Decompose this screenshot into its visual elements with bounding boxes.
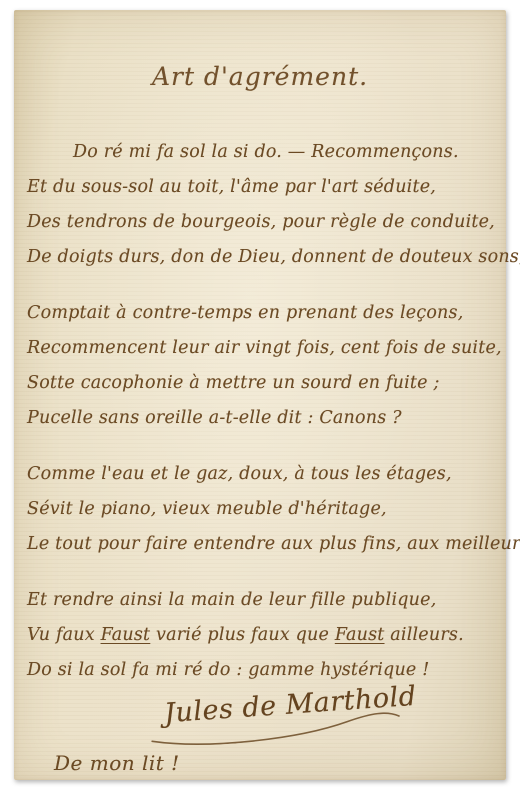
poem-line: Comme l'eau et le gaz, doux, à tous les … [27, 457, 494, 492]
poem-line: Do si la sol fa mi ré do : gamme hystéri… [27, 653, 494, 688]
signature-block: Jules de Marthold [163, 682, 405, 730]
poem-line: Recommencent leur air vingt fois, cent f… [27, 331, 494, 366]
faust-underlined-word: Faust [101, 625, 151, 645]
poem-body: Do ré mi fa sol la si do. — Recommençons… [14, 135, 506, 688]
poem-stanza-2: Comptait à contre-temps en prenant des l… [27, 296, 494, 436]
poem-line: Sévit le piano, vieux meuble d'héritage, [27, 492, 494, 527]
postscript-note: De mon lit ! [54, 751, 506, 775]
poem-line: De doigts durs, don de Dieu, donnent de … [27, 240, 494, 275]
manuscript-paper: Art d'agrément. Do ré mi fa sol la si do… [14, 10, 506, 780]
scan-background: Art d'agrément. Do ré mi fa sol la si do… [0, 0, 520, 790]
poem-stanza-1: Do ré mi fa sol la si do. — Recommençons… [27, 135, 494, 275]
poem-line: Et du sous-sol au toit, l'âme par l'art … [27, 170, 494, 205]
faust-line-middle: varié plus faux que [150, 625, 335, 645]
poem-line: Sotte cacophonie à mettre un sourd en fu… [27, 366, 494, 401]
poem-title: Art d'agrément. [14, 10, 506, 91]
poem-line: Et rendre ainsi la main de leur fille pu… [27, 583, 494, 618]
poem-line: Comptait à contre-temps en prenant des l… [27, 296, 494, 331]
faust-underlined-word: Faust [335, 625, 385, 645]
faust-line-suffix: ailleurs. [385, 625, 464, 645]
poem-line: Do ré mi fa sol la si do. — Recommençons… [27, 135, 494, 170]
poem-line: Le tout pour faire entendre aux plus fin… [27, 527, 494, 562]
poem-stanza-4: Et rendre ainsi la main de leur fille pu… [27, 583, 494, 688]
poem-line: Des tendrons de bourgeois, pour règle de… [27, 205, 494, 240]
faust-line-prefix: Vu faux [27, 625, 101, 645]
poem-line-faust: Vu faux Faust varié plus faux que Faust … [27, 618, 494, 653]
poem-line: Pucelle sans oreille a-t-elle dit : Cano… [27, 401, 494, 436]
poem-stanza-3: Comme l'eau et le gaz, doux, à tous les … [27, 457, 494, 562]
